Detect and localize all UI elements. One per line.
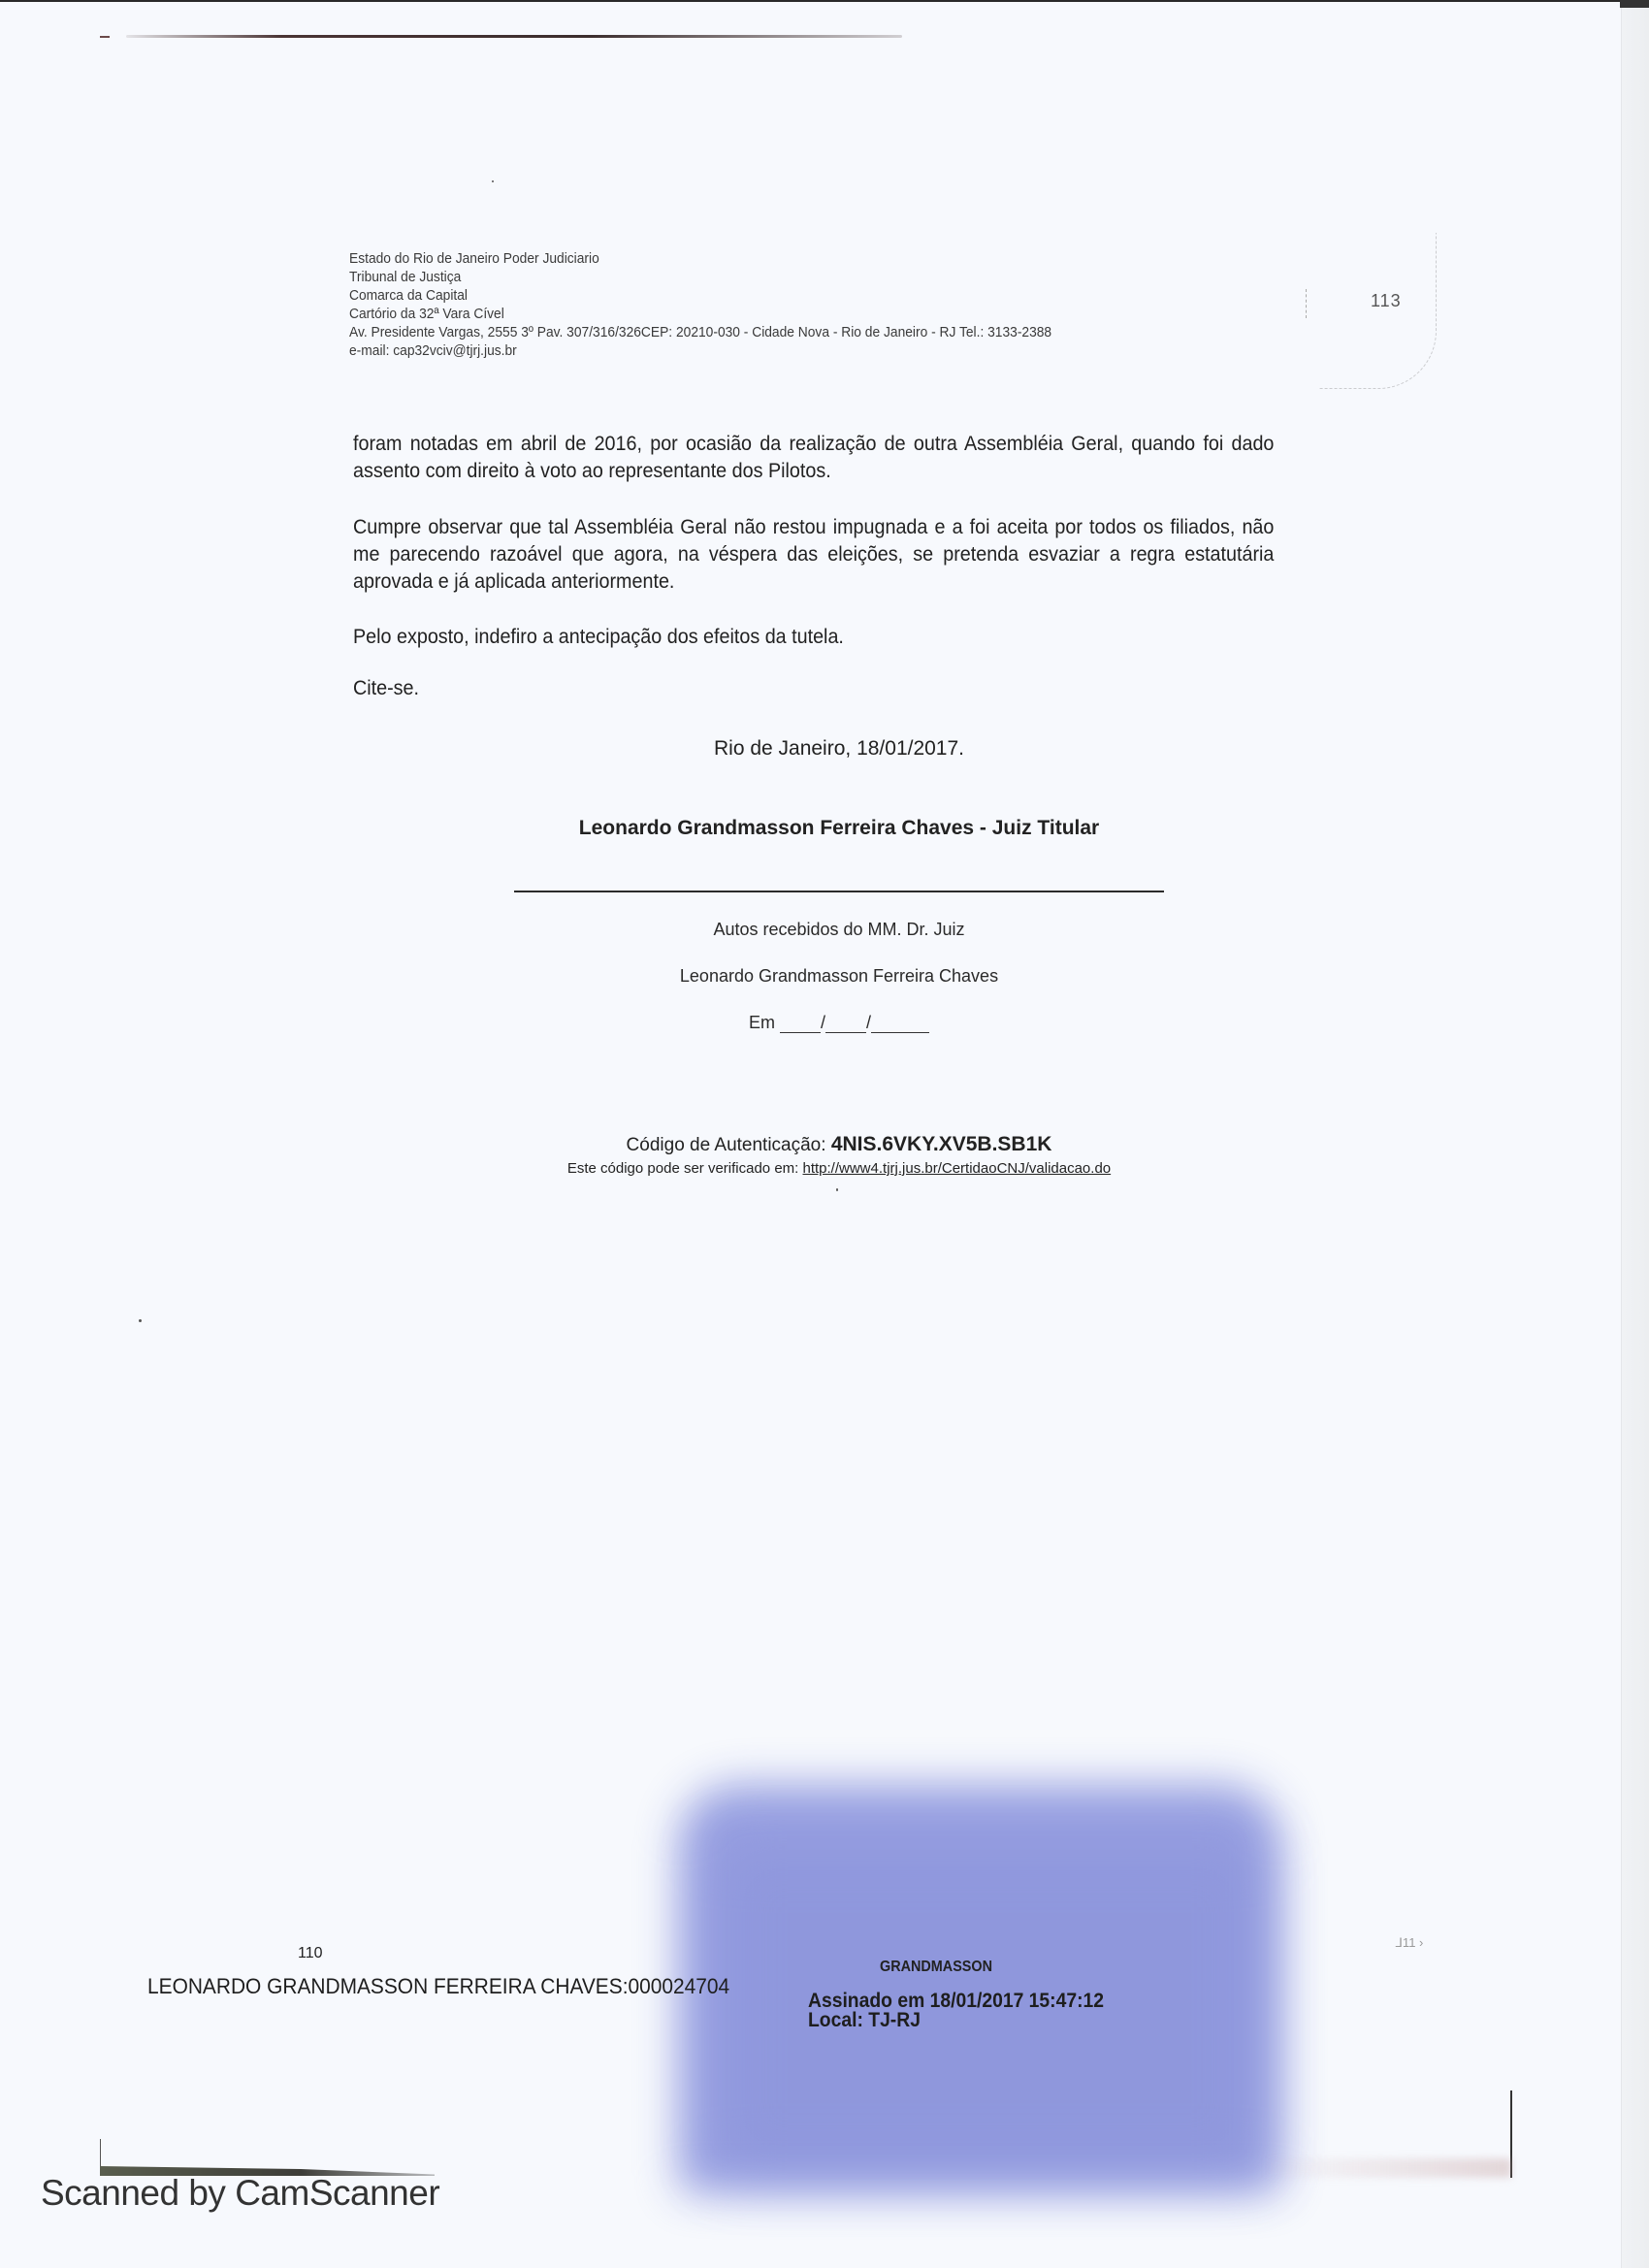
decorative-mark <box>100 36 110 38</box>
letterhead: Estado do Rio de Janeiro Poder Judiciari… <box>349 249 1051 360</box>
verify-label: Este código pode ser verificado em: <box>567 1160 798 1177</box>
paragraph: Cumpre observar que tal Assembléia Geral… <box>353 514 1274 596</box>
signed-location: Local: TJ-RJ <box>808 2011 1104 2030</box>
paragraph: foram notadas em abril de 2016, por ocas… <box>353 431 1274 485</box>
folio-mark <box>1306 289 1308 318</box>
scan-speck <box>836 1188 838 1191</box>
letterhead-email: e-mail: cap32vciv@tjrj.jus.br <box>349 341 1051 360</box>
signature-divider <box>514 891 1164 892</box>
authentication-verify: Este código pode ser verificado em: http… <box>0 1160 1649 1177</box>
letterhead-address: Av. Presidente Vargas, 2555 3º Pav. 307/… <box>349 323 1051 341</box>
frame-line-left <box>100 2139 101 2168</box>
top-rule <box>126 35 902 38</box>
scan-speck <box>492 180 494 182</box>
scan-corner <box>1620 0 1649 8</box>
letterhead-registry: Cartório da 32ª Vara Cível <box>349 305 1051 323</box>
signature-details: Assinado em 18/01/2017 15:47:12 Local: T… <box>808 1992 1104 2030</box>
folio-number: 113 <box>1371 291 1402 311</box>
auth-code-label: Código de Autenticação: <box>627 1135 826 1155</box>
place-date: Rio de Janeiro, 18/01/2017. <box>0 737 1649 761</box>
camscanner-watermark: Scanned by CamScanner <box>41 2173 439 2214</box>
receipt-date-label: Em <box>749 1013 775 1032</box>
frame-shadow <box>1261 2158 1511 2178</box>
letterhead-court: Tribunal de Justiça <box>349 268 1051 286</box>
page-number: 110 <box>298 1945 323 1962</box>
year-blank <box>871 1015 929 1033</box>
authentication-code: Código de Autenticação: 4NIS.6VKY.XV5B.S… <box>0 1133 1649 1156</box>
faint-stamp-mark: ᒧ11 › <box>1395 1935 1423 1951</box>
paragraph: Pelo exposto, indefiro a antecipação dos… <box>353 624 1274 651</box>
day-blank <box>780 1015 821 1033</box>
receipt-line: Autos recebidos do MM. Dr. Juiz <box>0 920 1649 940</box>
signer-short-name: GRANDMASSON <box>880 1959 992 1976</box>
auth-code-value: 4NIS.6VKY.XV5B.SB1K <box>831 1133 1052 1155</box>
letterhead-district: Comarca da Capital <box>349 286 1051 305</box>
judge-signature-name: Leonardo Grandmasson Ferreira Chaves - J… <box>0 817 1649 840</box>
receipt-judge-name: Leonardo Grandmasson Ferreira Chaves <box>0 966 1649 987</box>
month-blank <box>825 1015 866 1033</box>
verify-link[interactable]: http://www4.tjrj.jus.br/CertidaoCNJ/vali… <box>803 1160 1112 1177</box>
letterhead-state: Estado do Rio de Janeiro Poder Judiciari… <box>349 249 1051 268</box>
scan-speck <box>139 1319 142 1322</box>
paragraph: Cite-se. <box>353 675 1274 702</box>
scan-top-edge <box>0 0 1649 2</box>
signer-certificate-name: LEONARDO GRANDMASSON FERREIRA CHAVES:000… <box>147 1974 729 1999</box>
receipt-date-field: Em // <box>0 1013 1649 1033</box>
signed-timestamp: Assinado em 18/01/2017 15:47:12 <box>808 1992 1104 2011</box>
